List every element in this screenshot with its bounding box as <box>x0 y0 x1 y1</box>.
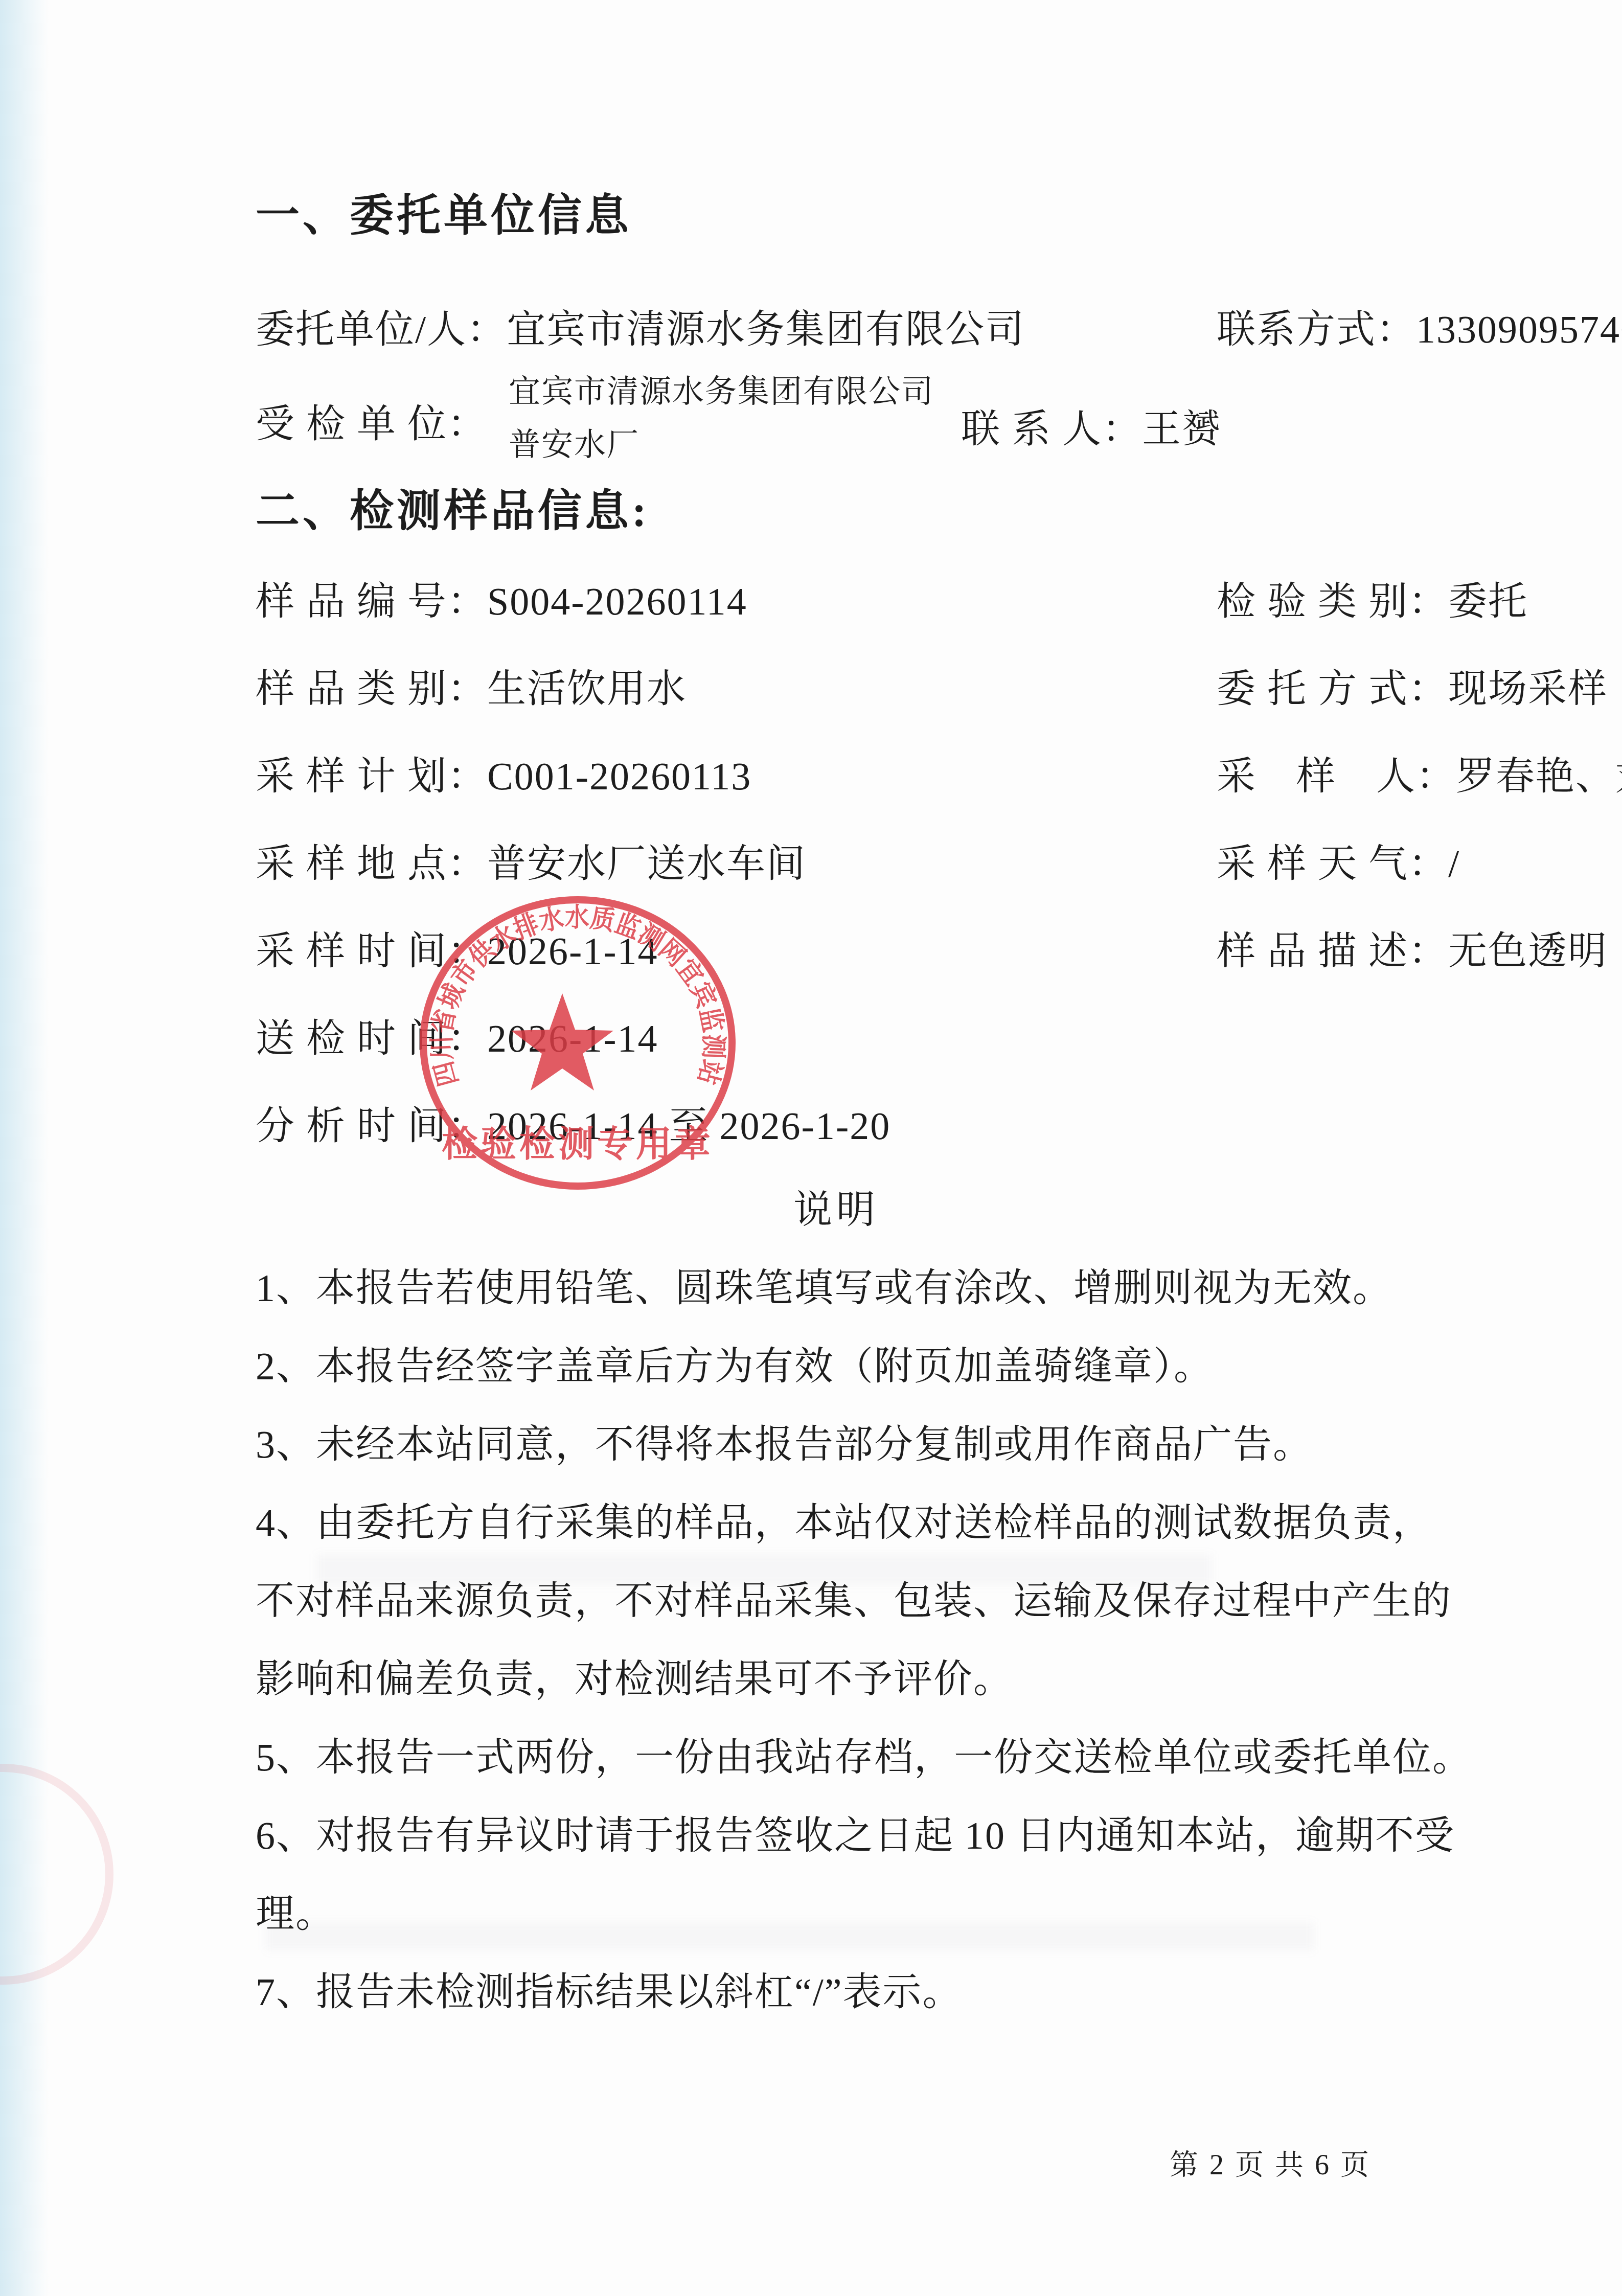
sampling-time-label: 采 样 时 间： <box>256 930 487 973</box>
scan-ghost-band <box>266 1922 1314 1950</box>
sampler-value: 罗春艳、刘恒煜 <box>1456 755 1622 798</box>
analysis-time-label: 分 析 时 间： <box>256 1105 487 1148</box>
sample-row-delivery-time: 送 检 时 间：2026-1-14 <box>256 1007 658 1063</box>
sampling-location-value: 普安水厂送水车间 <box>487 843 806 885</box>
contact-person-group: 联 系 人：王赟 <box>961 398 1222 453</box>
sampling-time-value: 2026-1-14 <box>487 930 658 973</box>
note-line-1: 1、本报告若使用铅笔、圆珠笔填写或有涂改、增删则视为无效。 <box>256 1257 1392 1312</box>
sample-description-group: 样 品 描 述：无色透明 <box>1217 920 1608 975</box>
inspection-type-label: 检 验 类 别： <box>1217 580 1448 623</box>
sample-category-value: 生活饮用水 <box>487 668 687 711</box>
contact-person-value: 王赟 <box>1142 408 1222 451</box>
note-line-6a: 6、对报告有异议时请于报告签收之日起 10 日内通知本站，逾期不受 <box>256 1804 1455 1860</box>
inspected-unit-value-line1: 宜宾市清源水务集团有限公司 <box>509 366 934 419</box>
stamp-bleedthrough-artifact <box>0 1764 113 1985</box>
commission-method-label: 委 托 方 式： <box>1217 668 1448 711</box>
sampler-label: 采 样 人： <box>1217 755 1456 798</box>
sample-row-id: 样 品 编 号：S004-20260114 检 验 类 别：委托 <box>256 570 747 626</box>
client-row-1: 委托单位/人：宜宾市清源水务集团有限公司 联系方式：13309095740 <box>256 298 1025 354</box>
commission-method-group: 委 托 方 式：现场采样 <box>1217 657 1608 713</box>
section2-heading: 二、检测样品信息: <box>256 475 650 539</box>
contact-method-value: 13309095740 <box>1416 308 1622 351</box>
sample-description-label: 样 品 描 述： <box>1217 930 1448 973</box>
sample-description-value: 无色透明 <box>1448 930 1608 973</box>
commission-method-value: 现场采样 <box>1448 668 1608 711</box>
note-line-6b: 理。 <box>256 1882 335 1938</box>
sample-row-analysis-time: 分 析 时 间：2026-1-14 至 2026-1-20 <box>256 1095 890 1150</box>
delivery-time-value: 2026-1-14 <box>487 1017 658 1060</box>
notes-heading: 说明 <box>793 1178 879 1234</box>
inspection-type-group: 检 验 类 别：委托 <box>1217 570 1528 626</box>
sampling-plan-label: 采 样 计 划： <box>256 755 487 798</box>
note-line-3: 3、未经本站同意，不得将本报告部分复制或用作商品广告。 <box>256 1413 1313 1469</box>
sampling-weather-label: 采 样 天 气： <box>1217 843 1448 885</box>
sample-row-sampling-time: 采 样 时 间：2026-1-14 样 品 描 述：无色透明 <box>256 920 658 975</box>
client-unit-label: 委托单位/人： <box>256 308 507 351</box>
note-line-2: 2、本报告经签字盖章后方为有效（附页加盖骑缝章）。 <box>256 1335 1214 1391</box>
note-line-4a: 4、由委托方自行采集的样品，本站仅对送检样品的测试数据负责， <box>256 1491 1432 1547</box>
sample-category-label: 样 品 类 别： <box>256 668 487 711</box>
sample-id-label: 样 品 编 号： <box>256 580 487 623</box>
contact-person-label: 联 系 人： <box>961 408 1142 451</box>
contact-method-group: 联系方式：13309095740 <box>1217 298 1622 354</box>
delivery-time-label: 送 检 时 间： <box>256 1017 487 1060</box>
inspected-unit-label: 受 检 单 位： <box>256 393 487 448</box>
section1-heading: 一、委托单位信息 <box>256 180 632 243</box>
sampling-weather-group: 采 样 天 气：/ <box>1217 832 1460 888</box>
inspected-unit-value-line2: 普安水厂 <box>509 419 934 472</box>
sampler-group: 采 样 人：罗春艳、刘恒煜 <box>1217 745 1622 801</box>
inspection-type-value: 委托 <box>1448 580 1528 623</box>
scanned-report-page: 一、委托单位信息 委托单位/人：宜宾市清源水务集团有限公司 联系方式：13309… <box>0 0 1622 2296</box>
note-line-7: 7、报告未检测指标结果以斜杠“/”表示。 <box>256 1961 963 2016</box>
page-footer: 第 2 页 共 6 页 <box>1170 2142 1371 2183</box>
sample-row-location: 采 样 地 点：普安水厂送水车间 采 样 天 气：/ <box>256 832 806 888</box>
sample-row-plan: 采 样 计 划：C001-20260113 采 样 人：罗春艳、刘恒煜 <box>256 745 751 801</box>
sampling-weather-value: / <box>1448 843 1460 885</box>
client-unit-value: 宜宾市清源水务集团有限公司 <box>507 308 1025 351</box>
sample-row-category: 样 品 类 别：生活饮用水 委 托 方 式：现场采样 <box>256 657 687 713</box>
note-line-4b: 不对样品来源负责，不对样品采集、包装、运输及保存过程中产生的 <box>256 1570 1452 1625</box>
contact-method-label: 联系方式： <box>1217 308 1416 351</box>
inspected-unit-value: 宜宾市清源水务集团有限公司 普安水厂 <box>509 366 934 472</box>
sampling-plan-value: C001-20260113 <box>487 755 751 798</box>
sample-id-value: S004-20260114 <box>487 580 747 623</box>
note-line-5: 5、本报告一式两份，一份由我站存档，一份交送检单位或委托单位。 <box>256 1726 1472 1782</box>
note-line-4c: 影响和偏差负责，对检测结果可不予评价。 <box>256 1648 1013 1703</box>
scan-edge-strip <box>0 0 49 2296</box>
sampling-location-label: 采 样 地 点： <box>256 843 487 885</box>
analysis-time-value: 2026-1-14 至 2026-1-20 <box>487 1105 890 1148</box>
